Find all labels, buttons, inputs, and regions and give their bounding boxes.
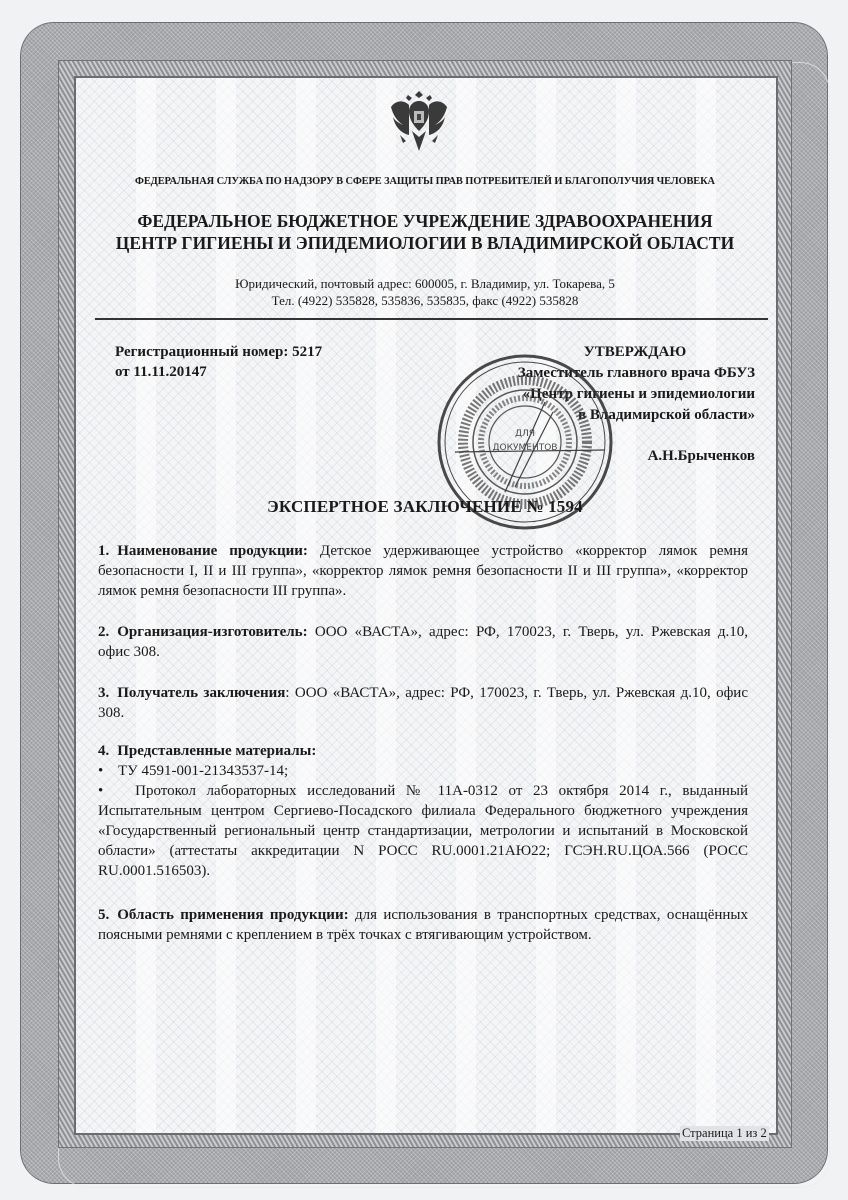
bullet-icon: • — [98, 783, 135, 799]
section-number: 5. — [98, 907, 109, 923]
materials-item-text: Протокол лабораторных исследований № 11А… — [98, 783, 748, 879]
registration-block: Регистрационный номер: 5217 от 11.11.201… — [115, 342, 322, 382]
section-number: 4. — [98, 743, 109, 759]
institution-name-line-1: ФЕДЕРАЛЬНОЕ БЮДЖЕТНОЕ УЧРЕЖДЕНИЕ ЗДРАВОО… — [75, 210, 775, 232]
section-recipient: 3.Получатель заключения: ООО «ВАСТА», ад… — [98, 683, 748, 723]
section-product-name: 1.Наименование продукции: Детское удержи… — [98, 541, 748, 601]
section-label: Организация-изготовитель: — [117, 624, 307, 640]
section-label: Представленные материалы: — [117, 743, 316, 759]
section-label: Область применения продукции: — [117, 907, 348, 923]
section-number: 1. — [98, 543, 109, 559]
coat-of-arms-icon — [386, 85, 452, 159]
section-label: Наименование продукции: — [117, 543, 308, 559]
institution-name-line-2: ЦЕНТР ГИГИЕНЫ И ЭПИДЕМИОЛОГИИ В ВЛАДИМИР… — [75, 232, 775, 254]
bullet-icon: • — [98, 761, 118, 781]
materials-list-item: • Протокол лабораторных исследований № 1… — [98, 781, 748, 881]
address-line-2: Тел. (4922) 535828, 535836, 535835, факс… — [75, 292, 775, 309]
section-manufacturer: 2.Организация-изготовитель: ООО «ВАСТА»,… — [98, 622, 748, 662]
section-scope: 5.Область применения продукции: для испо… — [98, 905, 748, 945]
registration-number: Регистрационный номер: 5217 — [115, 342, 322, 362]
materials-item-text: ТУ 4591-001-21343537-14; — [118, 761, 288, 781]
institution-name: ФЕДЕРАЛЬНОЕ БЮДЖЕТНОЕ УЧРЕЖДЕНИЕ ЗДРАВОО… — [75, 210, 775, 254]
section-number: 3. — [98, 685, 109, 701]
registration-date: от 11.11.20147 — [115, 362, 322, 382]
agency-name: ФЕДЕРАЛЬНАЯ СЛУЖБА ПО НАДЗОРУ В СФЕРЕ ЗА… — [75, 176, 775, 187]
address-line-1: Юридический, почтовый адрес: 600005, г. … — [75, 275, 775, 292]
section-materials: 4.Представленные материалы: • ТУ 4591-00… — [98, 741, 748, 881]
document-title: ЭКСПЕРТНОЕ ЗАКЛЮЧЕНИЕ № 1594 — [75, 497, 775, 517]
institution-address: Юридический, почтовый адрес: 600005, г. … — [75, 275, 775, 309]
page-number: Страница 1 из 2 — [680, 1126, 769, 1141]
section-label: Получатель заключения — [117, 685, 285, 701]
header-divider — [95, 318, 768, 320]
materials-list-item: • ТУ 4591-001-21343537-14; — [98, 761, 748, 781]
section-number: 2. — [98, 624, 109, 640]
